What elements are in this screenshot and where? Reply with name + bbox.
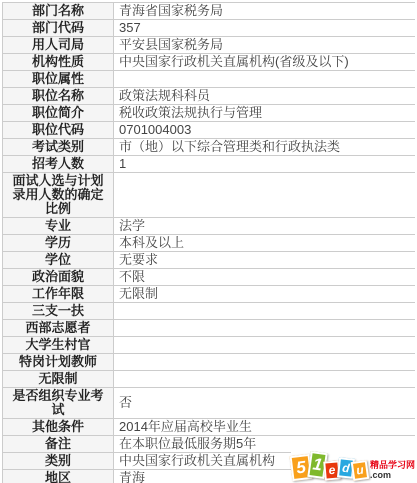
row-label: 备注 xyxy=(3,436,114,453)
logo-site-name: 精品学习网 xyxy=(370,461,415,470)
row-value: 市（地）以下综合管理类和行政执法类 xyxy=(114,139,416,156)
table-row: 学历 本科及以上 xyxy=(3,235,416,252)
table-row: 机构性质 中央国家行政机关直属机构(省级及以下) xyxy=(3,54,416,71)
row-label: 工作年限 xyxy=(3,286,114,303)
table-row: 大学生村官 xyxy=(3,337,416,354)
row-value: 不限 xyxy=(114,269,416,286)
row-value: 法学 xyxy=(114,218,416,235)
table-row: 用人司局 平安县国家税务局 xyxy=(3,37,416,54)
row-value: 0701004003 xyxy=(114,122,416,139)
row-label: 部门代码 xyxy=(3,20,114,37)
table-row: 招考人数 1 xyxy=(3,156,416,173)
table-row: 部门名称 青海省国家税务局 xyxy=(3,3,416,20)
row-label: 面试人选与计划录用人数的确定比例 xyxy=(3,173,114,218)
row-label: 类别 xyxy=(3,453,114,470)
row-label: 是否组织专业考试 xyxy=(3,388,114,419)
row-label: 机构性质 xyxy=(3,54,114,71)
table-row: 其他条件 2014年应届高校毕业生 xyxy=(3,419,416,436)
table-row: 职位名称 政策法规科科员 xyxy=(3,88,416,105)
row-label: 政治面貌 xyxy=(3,269,114,286)
table-row: 职位代码 0701004003 xyxy=(3,122,416,139)
table-row: 面试人选与计划录用人数的确定比例 xyxy=(3,173,416,218)
row-value: 在本职位最低服务期5年 xyxy=(114,436,416,453)
table-row: 学位 无要求 xyxy=(3,252,416,269)
table-row: 工作年限 无限制 xyxy=(3,286,416,303)
row-label: 学历 xyxy=(3,235,114,252)
row-value xyxy=(114,337,416,354)
table-row: 西部志愿者 xyxy=(3,320,416,337)
row-value: 平安县国家税务局 xyxy=(114,37,416,54)
job-position-table: 部门名称 青海省国家税务局 部门代码 357 用人司局 平安县国家税务局 机构性… xyxy=(2,2,415,483)
table-row: 是否组织专业考试 否 xyxy=(3,388,416,419)
row-value: 本科及以上 xyxy=(114,235,416,252)
site-watermark-logo: 5 1 e d u 精品学习网 .com xyxy=(291,452,415,480)
row-value xyxy=(114,303,416,320)
job-position-table-body: 部门名称 青海省国家税务局 部门代码 357 用人司局 平安县国家税务局 机构性… xyxy=(3,3,416,483)
row-label: 职位简介 xyxy=(3,105,114,122)
row-label: 部门名称 xyxy=(3,3,114,20)
logo-text: 精品学习网 .com xyxy=(370,461,415,480)
table-row: 备注 在本职位最低服务期5年 xyxy=(3,436,416,453)
row-value: 青海省国家税务局 xyxy=(114,3,416,20)
row-value: 政策法规科科员 xyxy=(114,88,416,105)
table-row: 政治面貌 不限 xyxy=(3,269,416,286)
table-row: 无限制 xyxy=(3,371,416,388)
page: { "table": { "rows": [ {"label": "部门名称",… xyxy=(0,0,417,483)
row-value: 税收政策法规执行与管理 xyxy=(114,105,416,122)
row-label: 西部志愿者 xyxy=(3,320,114,337)
row-value: 无限制 xyxy=(114,286,416,303)
row-value: 无要求 xyxy=(114,252,416,269)
table-row: 考试类别 市（地）以下综合管理类和行政执法类 xyxy=(3,139,416,156)
logo-letter-blocks: 5 1 e d u xyxy=(293,452,368,480)
table-row: 职位简介 税收政策法规执行与管理 xyxy=(3,105,416,122)
row-label: 考试类别 xyxy=(3,139,114,156)
table-row: 职位属性 xyxy=(3,71,416,88)
row-label: 特岗计划教师 xyxy=(3,354,114,371)
row-label: 学位 xyxy=(3,252,114,269)
table-row: 特岗计划教师 xyxy=(3,354,416,371)
row-value: 357 xyxy=(114,20,416,37)
row-value: 中央国家行政机关直属机构(省级及以下) xyxy=(114,54,416,71)
row-label: 大学生村官 xyxy=(3,337,114,354)
row-value xyxy=(114,71,416,88)
row-label: 职位名称 xyxy=(3,88,114,105)
logo-letter-block: u xyxy=(351,460,369,481)
row-value xyxy=(114,354,416,371)
row-label: 其他条件 xyxy=(3,419,114,436)
table-row: 三支一扶 xyxy=(3,303,416,320)
row-label: 职位代码 xyxy=(3,122,114,139)
row-value xyxy=(114,320,416,337)
table-row: 部门代码 357 xyxy=(3,20,416,37)
row-value xyxy=(114,371,416,388)
table-row: 专业 法学 xyxy=(3,218,416,235)
row-label: 职位属性 xyxy=(3,71,114,88)
row-value: 1 xyxy=(114,156,416,173)
row-label: 招考人数 xyxy=(3,156,114,173)
logo-domain: .com xyxy=(370,471,415,480)
row-value xyxy=(114,173,416,218)
row-value: 2014年应届高校毕业生 xyxy=(114,419,416,436)
row-label: 用人司局 xyxy=(3,37,114,54)
row-value: 否 xyxy=(114,388,416,419)
row-label: 无限制 xyxy=(3,371,114,388)
row-label: 地区 xyxy=(3,470,114,483)
row-label: 三支一扶 xyxy=(3,303,114,320)
row-label: 专业 xyxy=(3,218,114,235)
